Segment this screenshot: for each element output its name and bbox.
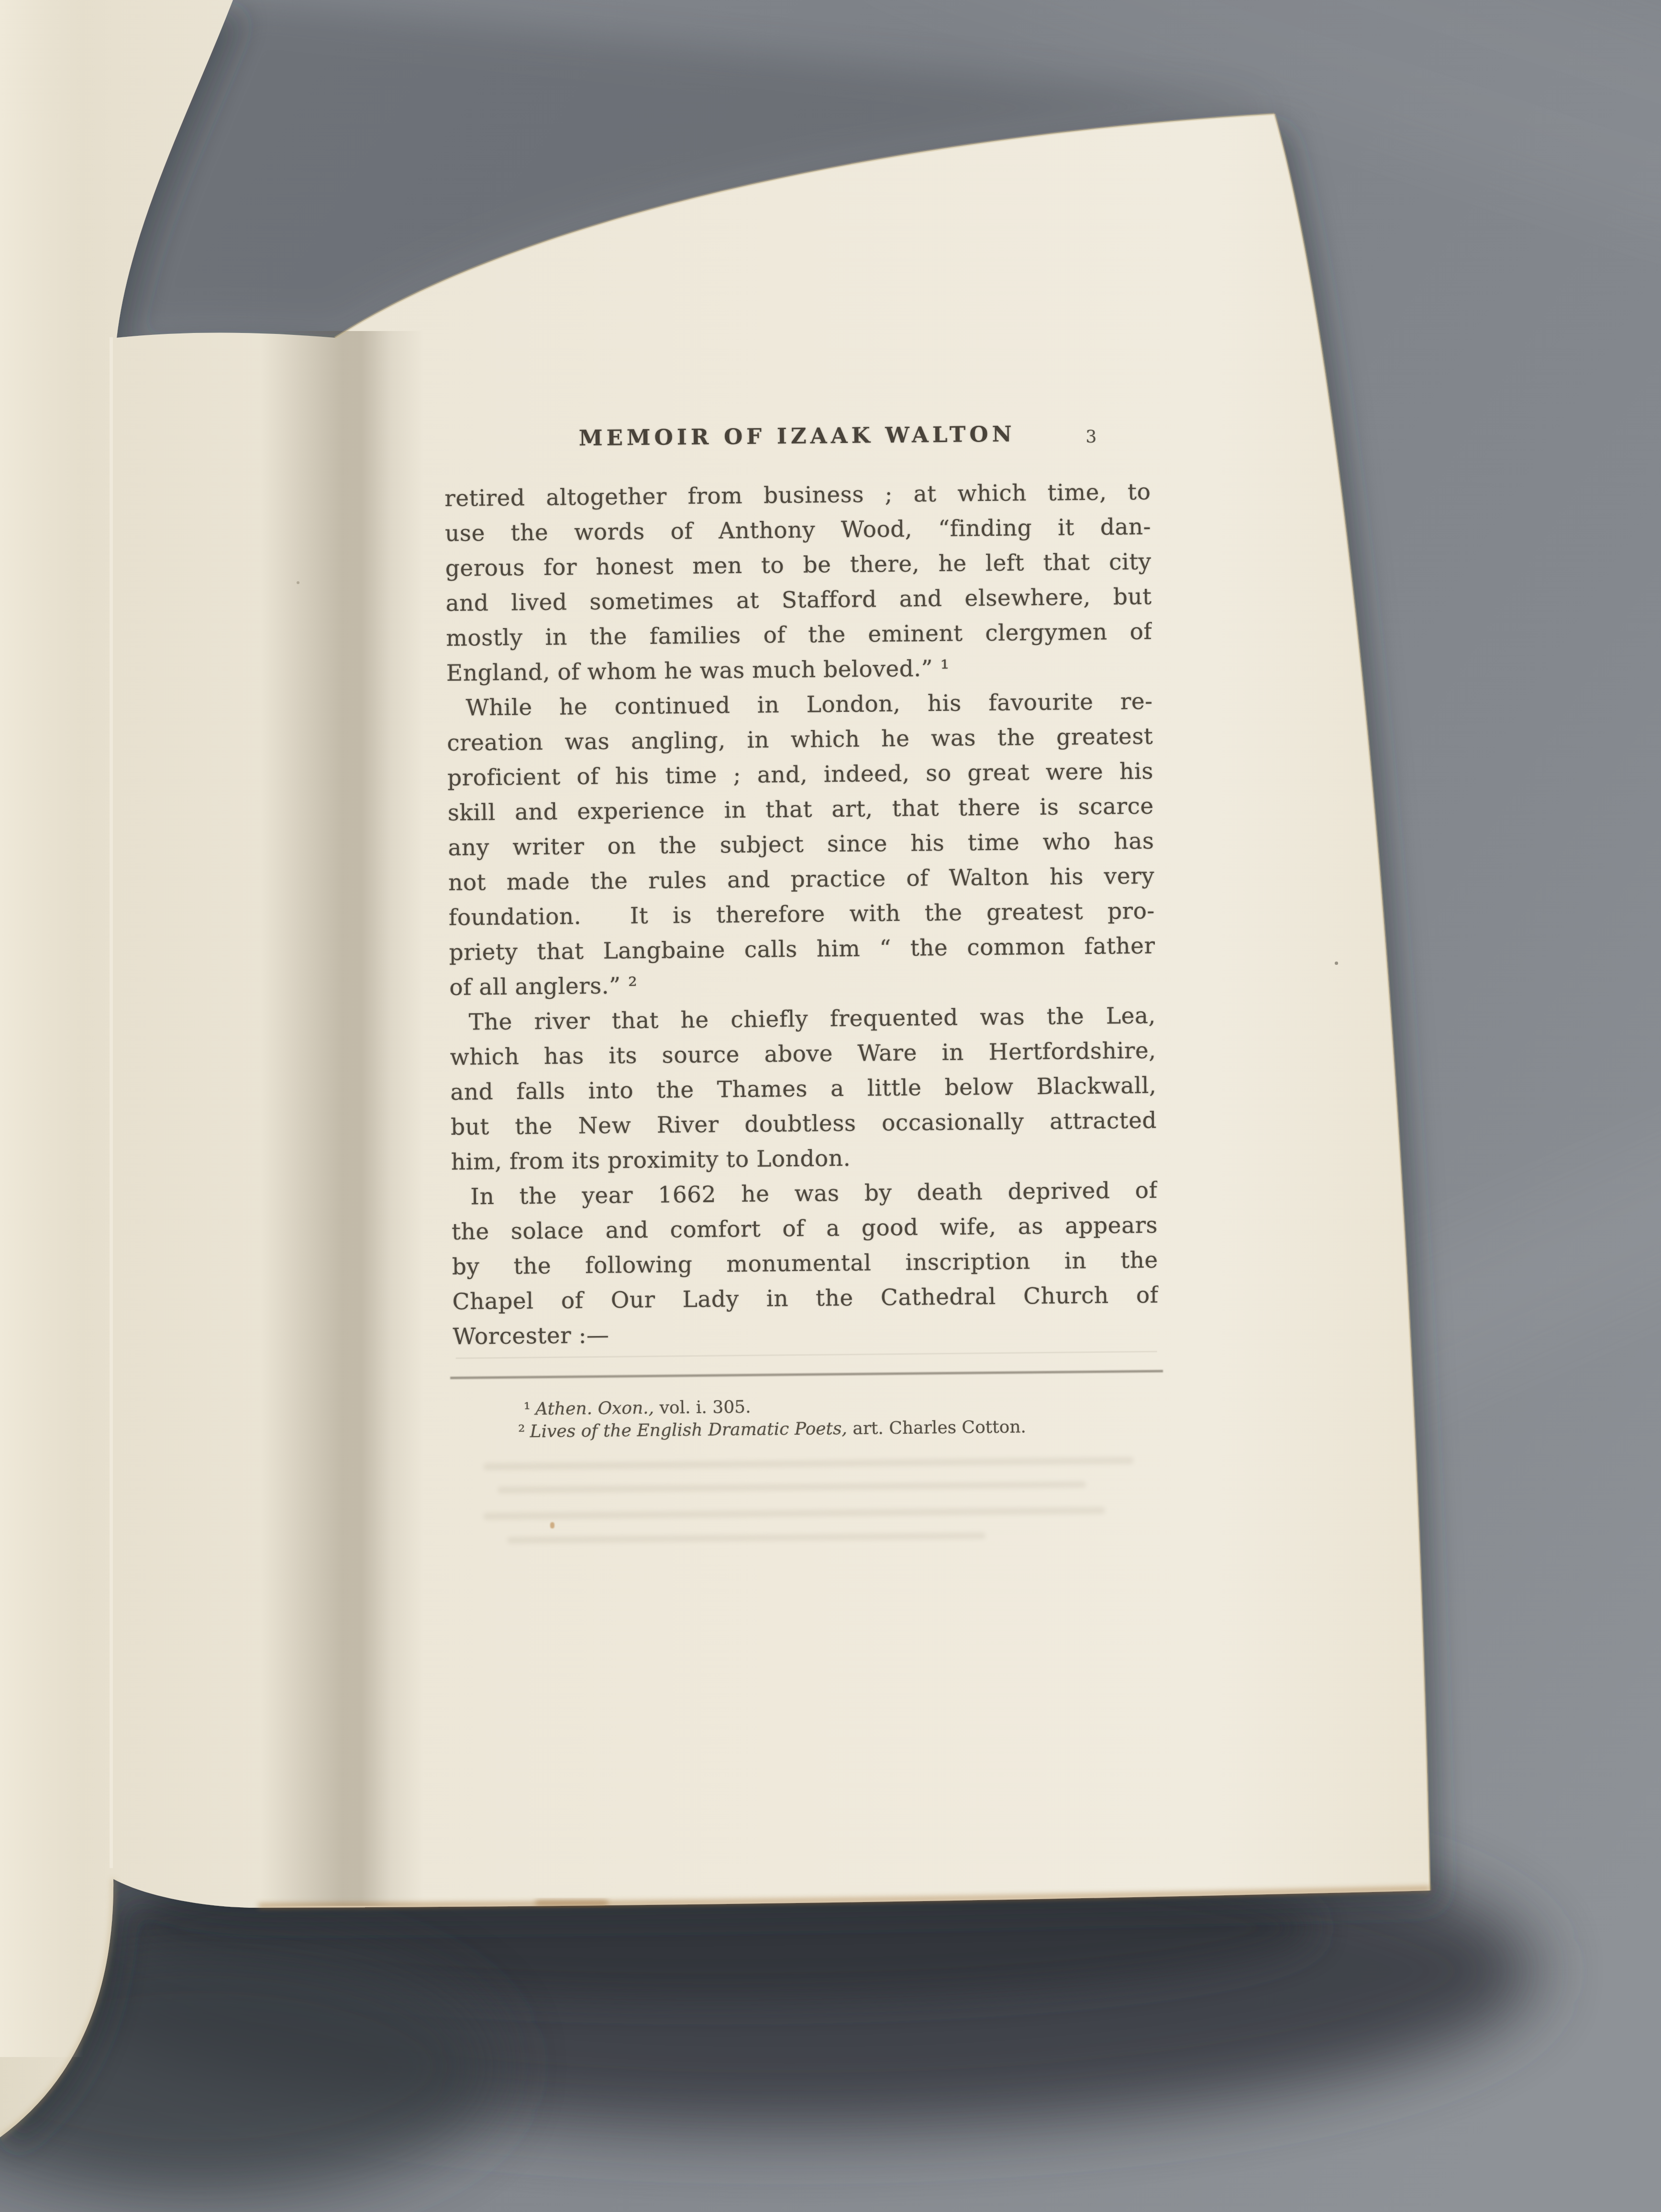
text-line: While he continued in London, his favour… xyxy=(446,684,1153,726)
text-line: use the words of Anthony Wood, “finding … xyxy=(445,509,1152,551)
fore-edge-stack xyxy=(0,0,120,2057)
footnote: ²Lives of the English Dramatic Poets, ar… xyxy=(518,1415,1026,1444)
text-line: by the following monumental inscription … xyxy=(452,1243,1159,1284)
text-line: retired altogether from business ; at wh… xyxy=(444,475,1151,516)
text-line: England, of whom he was much beloved.” ¹ xyxy=(446,649,1153,691)
text-line: The river that he chiefly frequented was… xyxy=(450,998,1156,1040)
text-line: him, from its proximity to London. xyxy=(451,1138,1157,1180)
footnote-work-title: Lives of the English Dramatic Poets, xyxy=(530,1419,847,1441)
text-line: Worcester :— xyxy=(453,1313,1159,1354)
foxing-spot xyxy=(536,1900,608,1905)
page-text-block: MEMOIR OF IZAAK WALTON 3 retired altoget… xyxy=(444,420,1161,1527)
footnote-marker: ¹ xyxy=(524,1399,531,1419)
footnote-rule xyxy=(450,1370,1163,1379)
gutter-shadow xyxy=(261,331,423,1906)
footnote-detail: art. Charles Cotton. xyxy=(847,1417,1026,1438)
text-line: proficient of his time ; and, indeed, so… xyxy=(447,754,1154,796)
text-line: creation was angling, in which he was th… xyxy=(447,719,1153,761)
text-line: and falls into the Thames a little below… xyxy=(450,1068,1157,1110)
text-line: mostly in the families of the eminent cl… xyxy=(446,614,1152,656)
text-line: gerous for honest men to be there, he le… xyxy=(445,544,1152,586)
text-line: Chapel of Our Lady in the Cathedral Chur… xyxy=(452,1278,1159,1319)
text-line: but the New River doubtless occasionally… xyxy=(451,1103,1157,1145)
text-line: and lived sometimes at Stafford and else… xyxy=(445,579,1152,621)
text-line: skill and experience in that art, that t… xyxy=(447,789,1154,830)
paper-speck xyxy=(1335,962,1338,965)
footnote: ¹Athen. Oxon., vol. i. 305. xyxy=(523,1395,751,1422)
paper-speck xyxy=(550,1522,554,1528)
paper-speck xyxy=(297,581,299,584)
text-line: priety that Langbaine calls him “ the co… xyxy=(449,929,1155,970)
text-line: the solace and comfort of a good wife, a… xyxy=(452,1208,1158,1250)
body-text: retired altogether from business ; at wh… xyxy=(444,475,1159,1354)
text-line: of all anglers.” ² xyxy=(449,963,1156,1005)
footnote-work-title: Athen. Oxon., xyxy=(535,1398,654,1419)
page-number: 3 xyxy=(1085,427,1096,447)
footnote-detail: vol. i. 305. xyxy=(654,1397,751,1418)
text-line: any writer on the subject since his time… xyxy=(448,824,1154,865)
text-line: not made the rules and practice of Walto… xyxy=(448,859,1155,900)
footnote-marker: ² xyxy=(518,1422,525,1441)
text-line: which has its source above Ware in Hertf… xyxy=(450,1033,1156,1075)
running-head-row: MEMOIR OF IZAAK WALTON 3 xyxy=(444,420,1151,460)
book-photograph: MEMOIR OF IZAAK WALTON 3 retired altoget… xyxy=(0,0,1661,2212)
text-line: foundation. It is therefore with the gre… xyxy=(449,894,1155,935)
stack-crease-highlight xyxy=(110,337,113,1868)
text-line: In the year 1662 he was by death deprive… xyxy=(451,1173,1158,1215)
